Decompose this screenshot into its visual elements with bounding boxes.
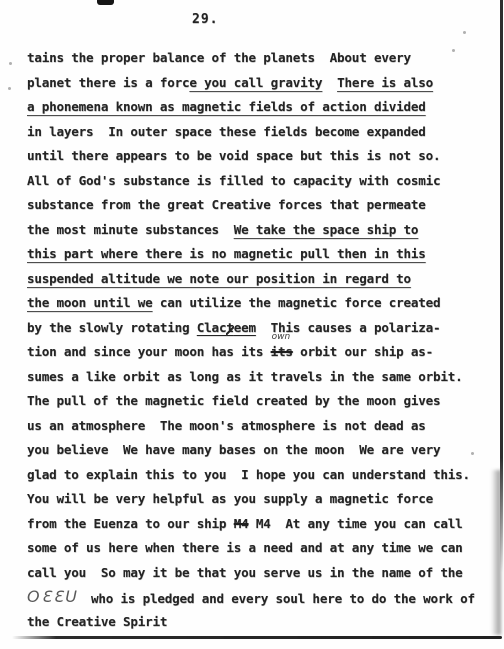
text-line: us an atmosphere The moon's atmosphere i… [27,414,489,439]
text-line: a phonemena known as magnetic fields of … [27,95,489,120]
text-segment: M4 [234,516,249,531]
text-segment: by the slowly rotating [27,320,197,335]
text-line: call you So may it be that you serve us … [27,561,489,586]
text-segment: this part where there is no magnetic pul… [27,246,426,261]
text-segment: orbit our ship as- [293,344,433,359]
handwritten-word: OƐƐU [27,587,79,606]
text-line: the moon until we can utilize the magnet… [27,291,489,316]
text-line: The pull of the magnetic field created b… [27,389,489,414]
text-line: planet there is a force you call gravity… [27,71,489,96]
scan-edge-bottom [12,636,502,639]
text-segment: tains the proper balance of the planets … [27,50,411,65]
text-line: You will be very helpful as you supply a… [27,487,489,512]
scan-speck [471,452,474,455]
text-segment: glad to explain this to you I hope you c… [27,467,470,482]
text-block: tains the proper balance of the planets … [27,46,489,634]
text-segment: e you call gravity [189,75,322,90]
text-segment: can utilize the magnetic force created [153,295,441,310]
text-line: OƐƐUwho is pledged and every soul here t… [27,585,489,610]
text-line: tains the proper balance of the planets … [27,46,489,71]
text-segment: the moon until we [27,295,153,310]
text-line: some of us here when there is a need and… [27,536,489,561]
text-segment: tion and since your moon has its [27,344,271,359]
document-page: 29. tains the proper balance of the plan… [0,0,504,649]
text-line: in layers In outer space these fields be… [27,120,489,145]
text-segment: substance from the great Creative forces… [27,197,426,212]
scan-speck [8,87,11,90]
text-segment: in layers In outer space these fields be… [27,124,426,139]
text-line: sumes a like orbit as long as it travels… [27,365,489,390]
text-line: by the slowly rotating Clacteem This cau… [27,316,489,341]
text-segment: We take the space ship to [234,222,419,237]
text-segment: you believe We have many bases on the mo… [27,442,440,457]
text-segment: Clac [197,320,227,335]
text-segment: All of God's substance is filled to capa… [27,173,440,188]
text-segment: us an atmosphere The moon's atmosphere i… [27,418,426,433]
page-number: 29. [192,12,218,27]
text-segment: t [226,320,233,335]
text-segment [322,75,337,90]
text-segment: The pull of the magnetic field created b… [27,393,440,408]
text-segment: from the Euenza to our ship [27,516,234,531]
text-line: All of God's substance is filled to capa… [27,169,489,194]
text-line: substance from the great Creative forces… [27,193,489,218]
text-line: this part where there is no magnetic pul… [27,242,489,267]
text-segment: itsown [271,344,293,359]
text-segment: There is also [337,75,433,90]
text-segment: the most minute substances [27,222,234,237]
text-line: suspended altitude we note our position … [27,267,489,292]
scan-speck [463,31,466,34]
scan-speck [300,183,303,186]
text-segment: some of us here when there is a need and… [27,540,463,555]
text-line: until there appears to be void space but… [27,144,489,169]
text-segment: who is pledged and every soul here to do… [91,591,475,606]
scan-speck [452,49,455,52]
text-segment: a phonemena known as magnetic fields of … [27,99,426,114]
handwritten-correction: own [272,333,291,342]
text-segment: sumes a like orbit as long as it travels… [27,369,463,384]
scan-shadow-right [491,470,501,635]
text-segment: until there appears to be void space but… [27,148,440,163]
text-segment: the Creative Spirit [27,614,167,629]
text-segment: eem [234,320,256,335]
text-segment: You will be very helpful as you supply a… [27,491,433,506]
text-segment: call you So may it be that you serve us … [27,565,463,580]
scan-smudge-top [97,0,114,5]
scan-speck [9,62,12,65]
text-segment: suspended altitude we note our position … [27,271,411,286]
text-line: from the Euenza to our ship M4 M4 At any… [27,512,489,537]
text-line: glad to explain this to you I hope you c… [27,463,489,488]
text-line: tion and since your moon has its itsown … [27,340,489,365]
text-line: the most minute substances We take the s… [27,218,489,243]
text-line: you believe We have many bases on the mo… [27,438,489,463]
text-segment: planet there is a forc [27,75,189,90]
text-segment: M4 At any time you can call [248,516,462,531]
text-line: the Creative Spirit [27,610,489,635]
